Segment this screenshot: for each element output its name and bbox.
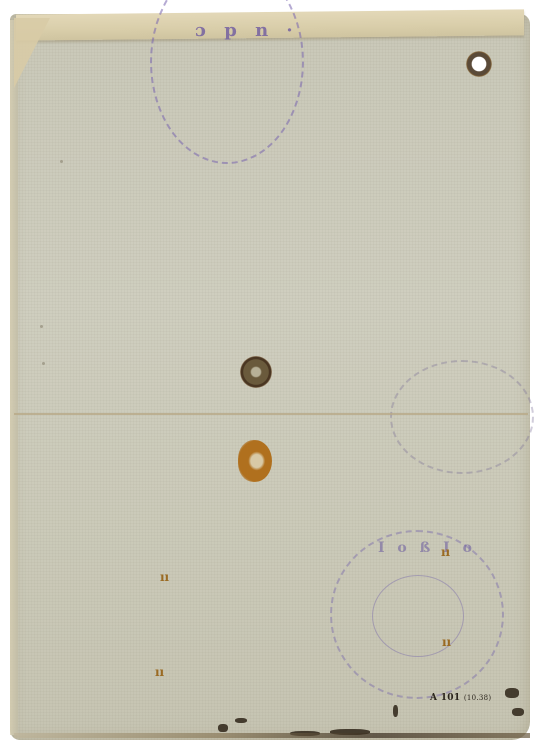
- dirt-spot: [218, 724, 228, 732]
- form-date: (10.38): [464, 694, 492, 702]
- faint-stamp-right: [390, 360, 534, 474]
- rust-mark: ıı: [160, 570, 169, 584]
- dirt-speck: [60, 160, 63, 163]
- rust-stain: [238, 440, 272, 482]
- frayed-left-edge: [10, 20, 18, 735]
- center-fold-line: [14, 413, 528, 415]
- rust-mark: ıı: [442, 635, 451, 649]
- rust-mark: ıı: [155, 665, 164, 679]
- dirt-spot: [512, 708, 524, 716]
- worn-bottom-edge: [14, 733, 530, 738]
- rivet-icon: [240, 356, 272, 388]
- rust-mark: ıı: [441, 545, 450, 559]
- folded-tape-corner: [14, 18, 50, 88]
- form-code-print: A 101 (10.38): [430, 693, 491, 703]
- form-code: A 101: [430, 693, 460, 703]
- dirt-spot: [393, 705, 398, 717]
- stamp-top-text: ɔ p n ·: [195, 20, 299, 41]
- dirt-speck: [42, 362, 45, 365]
- dirt-speck: [40, 325, 43, 328]
- eyelet-icon: [466, 51, 492, 77]
- dirt-spot: [235, 718, 247, 723]
- stamp-bottom-text: I o ß I o: [378, 540, 476, 556]
- dirt-spot: [505, 688, 519, 698]
